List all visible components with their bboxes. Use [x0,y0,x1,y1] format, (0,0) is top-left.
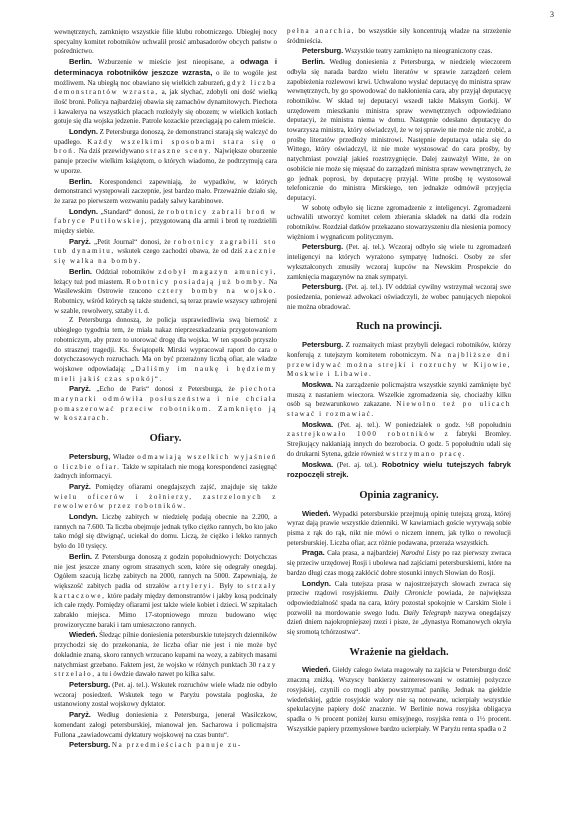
paragraph-text: wewnętrznych, zamknięto wszystkie filie … [54,28,277,55]
dateline: Petersburg. [302,242,343,251]
paragraph-text: Oddział robotników [92,268,158,276]
paragraph-text: Robotnicy posiadają już bomby. [126,278,266,286]
news-paragraph: Wiedeń. Śledząc pilnie doniesienia peter… [54,630,277,680]
paragraph-text: Robotnicy, wśród których są także studen… [54,297,277,315]
paragraph-text: cztery bomby na wojsko. [157,287,277,295]
dateline: Wiedeń. [302,509,330,518]
paragraph-text: wielu oficerów i żołnierzy, zastrzelonyc… [54,493,277,511]
news-paragraph: Londyn. „Standard“ donosi, że robotnicy … [54,207,277,237]
paragraph-text: W sobotę odbyło się liczne zgromadzenie … [287,204,511,241]
paragraph-text: Daily Telegraph [403,609,450,617]
paragraph-text: zastrejkowało 1000 robotników [287,430,436,438]
news-paragraph: Paryż. Według doniesienia z Petersburga,… [54,710,277,740]
paragraph-text: Na dziś przewidywano [77,147,146,155]
dateline: Berlin. [69,267,92,276]
dateline: Londyn. [302,579,331,588]
dateline: Moskwa. [302,420,333,429]
dateline: Praga. [302,548,325,557]
dateline: Londyn. [69,207,98,216]
paragraph-text: artyleryi. [174,582,216,590]
news-paragraph: Petersburg. (Pet. aj. tel.). Wczoraj odb… [287,242,511,282]
paragraph-text: Wszystkie teatry zamknięto na nieogranic… [343,47,492,55]
news-paragraph: Londyn. Liczbę zabitych w niedzielę poda… [54,512,277,552]
dateline: Londyn. [69,512,98,521]
news-paragraph: Paryż. Pomiędzy ofiarami onegdajszych za… [54,482,277,512]
news-paragraph: Berlin. Korespondenci zapewniają, że wyp… [54,177,277,207]
news-paragraph: Londyn. Z Petersburga donoszą, że demons… [54,127,277,177]
section-heading: Wrażenie na giełdach. [287,648,511,658]
news-paragraph: pełna anarchia, bo wszystkie siły koncen… [287,27,511,46]
dateline: Petersburg. [69,680,110,689]
paragraph-text: wstrzymano pracę. [386,450,466,458]
dateline: Petersburg. [302,46,343,55]
news-paragraph: Petersburg. Z rozmaitych miast przybyli … [287,340,511,380]
paragraph-text: Wzburzenie w mieście jest nieopisane, a [92,58,240,66]
news-paragraph: Petersburg. Na przedmieściach panuje zu- [54,740,277,751]
dateline: Moskwa. [302,460,333,469]
paragraph-text: Na przedmieściach panuje zu- [112,741,242,749]
dateline: Petersburg. [69,740,110,749]
news-paragraph: Z Petersburga donoszą, że policja uspraw… [54,316,277,384]
paragraph-text: Giełdy całego świata reagowały na zajści… [287,666,511,732]
paragraph-text: „Standard“ donosi, że [98,208,167,216]
right-column: pełna anarchia, bo wszystkie siły koncen… [287,27,511,734]
page-number: 3 [550,10,554,19]
dateline: Berlin. [302,57,325,66]
dateline: Paryż. [69,710,91,719]
news-paragraph: Londyn. Cała tutejsza prasa w najostrzej… [287,579,511,638]
news-paragraph: Moskwa. (Pet. aj. tel.). W poniedziałek … [287,420,511,460]
paragraph-text: leżący tuż pod miastem. [54,278,126,286]
dateline: Paryż. [69,237,91,246]
dateline: Petersburg, [69,452,110,461]
paragraph-text: Były to [215,582,247,590]
paragraph-text: (Pet. aj. tel.). W poniedziałek o godz. … [333,421,511,429]
news-paragraph: Berlin. Wzburzenie w mieście jest nieopi… [54,57,277,127]
dateline: Petersburg. [302,282,343,291]
news-paragraph: Berlin. Według doniesienia z Petersburga… [287,57,511,204]
dateline: Berlin. [69,552,92,561]
paragraph-text: wskutek czego zachodzi obawa, że od dziś [115,247,245,255]
news-paragraph: Petersburg. (Pet. aj. tel.). IV oddział … [287,282,511,312]
dateline: Wiedeń. [302,665,330,674]
dateline: Paryż. [69,384,91,393]
news-paragraph: Petersburg. Wszystkie teatry zamknięto n… [287,46,511,57]
news-paragraph: wewnętrznych, zamknięto wszystkie filie … [54,28,277,57]
news-paragraph: Wiedeń. Giełdy całego świata reagowały n… [287,665,511,734]
news-paragraph: Petersburg, Władze odmawiają wszelkich w… [54,452,277,482]
news-paragraph: Paryż. „Petit Journal“ donosi, że robotn… [54,237,277,267]
dateline: Petersburg. [302,340,343,349]
paragraph-text: Daily Chronicle [384,589,433,597]
dateline: Moskwa. [302,380,333,389]
paragraph-text: Cała prasa, a najbardziej [325,549,401,557]
dateline: Berlin. [69,177,92,186]
section-heading: Ofiary. [54,434,277,444]
paragraph-text: (Pet. aj. tel.). [333,461,382,469]
section-heading: Ruch na prowincji. [287,322,511,332]
news-paragraph: Praga. Cała prasa, a najbardziej Narodni… [287,548,511,578]
dateline: Berlin. [69,57,92,66]
paragraph-text: „Petit Journal“ donosi, że [91,238,174,246]
paragraph-text: Pomiędzy ofiarami onegdajszych zajść, zn… [91,483,277,491]
paragraph-text: pełna anarchia, [287,27,355,35]
paragraph-text: Władze [110,453,137,461]
news-paragraph: Wiedeń. Wypadki petersburskie przejmują … [287,509,511,549]
news-paragraph: W sobotę odbyło się liczne zgromadzenie … [287,204,511,243]
section-heading: Opinia zagranicy. [287,491,511,501]
news-paragraph: Berlin. Z Petersburga donoszą z godzin p… [54,552,277,631]
dateline: Wiedeń. [69,630,97,639]
left-column: wewnętrznych, zamknięto wszystkie filie … [54,28,277,751]
news-paragraph: Moskwa. Na zarządzenie policmajstra wszy… [287,380,511,420]
news-paragraph: Petersburg. (Pet. aj. tel.). Wskutek roz… [54,680,277,710]
news-paragraph: Berlin. Oddział robotników zdobył magazy… [54,267,277,317]
paragraph-text: zdobył magazyn amunicyi, [158,268,277,276]
paragraph-text: Narodni Listy [401,549,440,557]
dateline: Paryż. [69,482,91,491]
paragraph-text: „Echo de Paris“ donosi z Petersburga, że [91,385,241,393]
news-paragraph: Paryż. „Echo de Paris“ donosi z Petersbu… [54,384,277,424]
paragraph-text: straszne sceny. [146,147,212,155]
paragraph-text: Według doniesienia z Petersburga, w nied… [287,58,511,202]
dateline: Londyn. [69,127,98,136]
paragraph-text: a tu i ówdzie dawało nawet po kilka salw… [96,670,215,678]
news-paragraph: Moskwa. (Pet. aj. tel.). Robotnicy wielu… [287,460,511,481]
